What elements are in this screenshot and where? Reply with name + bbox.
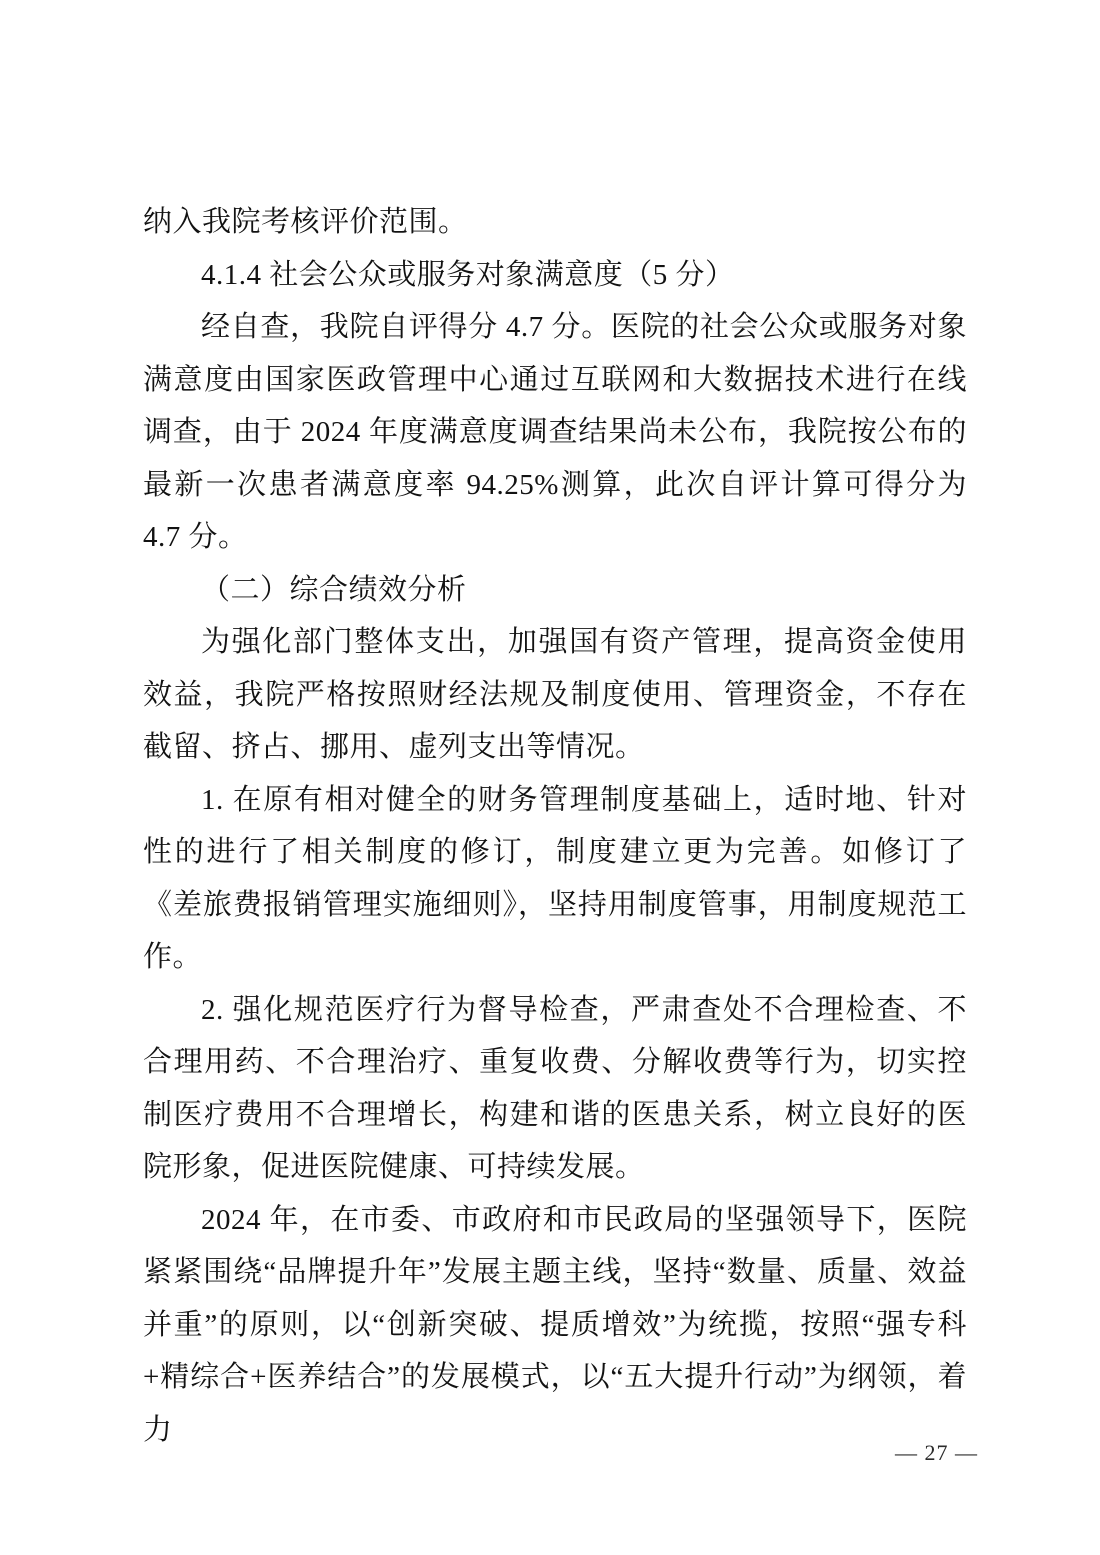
section-heading-4-1-4: 4.1.4 社会公众或服务对象满意度（5 分） xyxy=(143,249,967,302)
document-body: 纳入我院考核评价范围。 4.1.4 社会公众或服务对象满意度（5 分） 经自查，… xyxy=(143,196,967,1456)
document-page: 纳入我院考核评价范围。 4.1.4 社会公众或服务对象满意度（5 分） 经自查，… xyxy=(0,0,1100,1555)
paragraph-item-2-medical-conduct-supervision: 2. 强化规范医疗行为督导检查，严肃查处不合理检查、不合理用药、不合理治疗、重复… xyxy=(143,984,967,1194)
page-number: — 27 — xyxy=(895,1440,978,1466)
section-heading-comprehensive-performance-analysis: （二）综合绩效分析 xyxy=(143,564,967,617)
paragraph-satisfaction-score: 经自查，我院自评得分 4.7 分。医院的社会公众或服务对象满意度由国家医政管理中… xyxy=(143,301,967,564)
paragraph-fund-management: 为强化部门整体支出，加强国有资产管理，提高资金使用效益，我院严格按照财经法规及制… xyxy=(143,616,967,774)
paragraph-item-1-financial-system: 1. 在原有相对健全的财务管理制度基础上，适时地、针对性的进行了相关制度的修订，… xyxy=(143,774,967,984)
paragraph-continuation: 纳入我院考核评价范围。 xyxy=(143,196,967,249)
paragraph-2024-development: 2024 年，在市委、市政府和市民政局的坚强领导下，医院紧紧围绕“品牌提升年”发… xyxy=(143,1194,967,1457)
